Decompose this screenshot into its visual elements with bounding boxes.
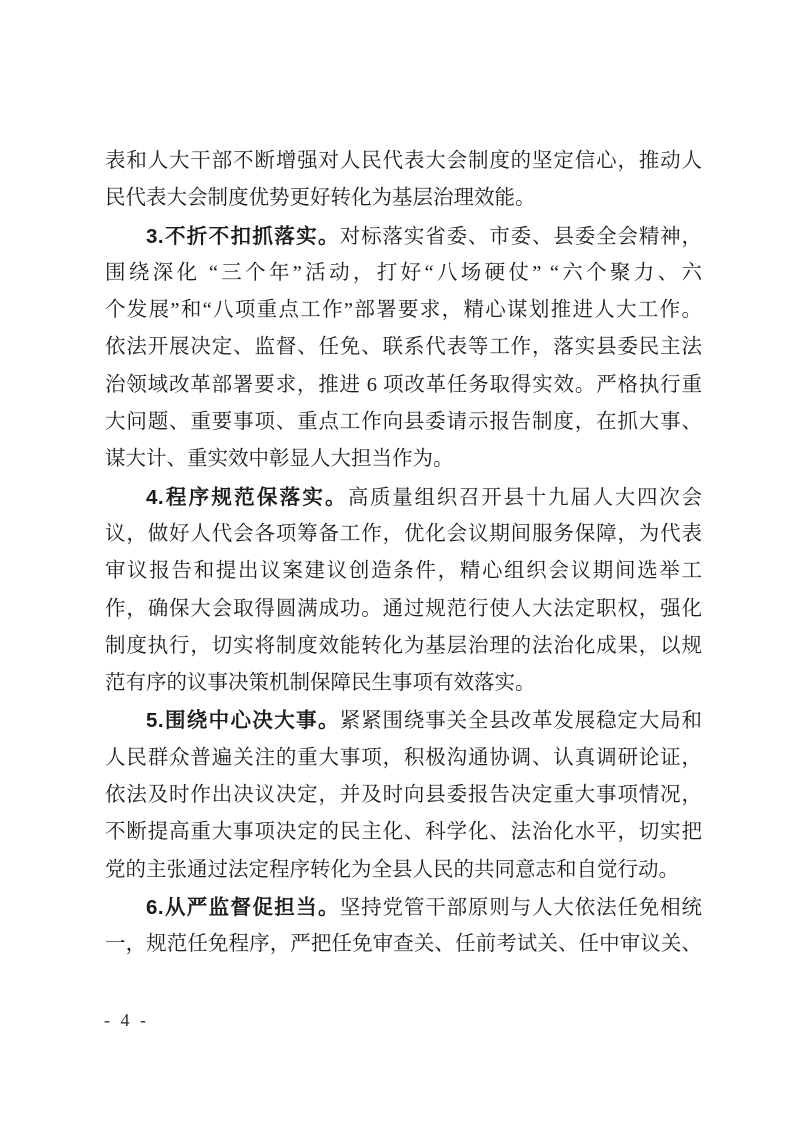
text-line: 一，规范任免程序，严把任免审查关、任前考试关、任中审议关、 — [105, 926, 702, 963]
text-line: 6.从严监督促担当。坚持党管干部原则与人大依法任免相统 — [105, 889, 702, 926]
text-line: 议，做好人代会各项筹备工作，优化会议期间服务保障，为代表 — [105, 516, 702, 553]
text-line: 依法开展决定、监督、任免、联系代表等工作，落实县委民主法 — [105, 329, 702, 366]
text-line: 依法及时作出决议决定，并及时向县委报告决定重大事项情况， — [105, 777, 702, 814]
paragraph-heading: 3.不折不扣抓落实。 — [146, 225, 340, 248]
text-line: 民代表大会制度优势更好转化为基层治理效能。 — [105, 180, 702, 217]
text-line: 3.不折不扣抓落实。对标落实省委、市委、县委全会精神， — [105, 218, 702, 255]
text-line: 谋大计、重实效中彰显人大担当作为。 — [105, 441, 702, 478]
paragraph-heading: 4.程序规范保落实。 — [146, 486, 348, 509]
text-line: 范有序的议事决策机制保障民生事项有效落实。 — [105, 665, 702, 702]
text-line: 不断提高重大事项决定的民主化、科学化、法治化水平，切实把 — [105, 814, 702, 851]
text-line: 围绕深化 “三个年”活动，打好“八场硬仗” “六个聚力、六 — [105, 255, 702, 292]
text-line: 大问题、重要事项、重点工作向县委请示报告制度，在抓大事、 — [105, 404, 702, 441]
text-line: 个发展”和“八项重点工作”部署要求，精心谋划推进人大工作。 — [105, 292, 702, 329]
text-line: 作，确保大会取得圆满成功。通过规范行使人大法定职权，强化 — [105, 591, 702, 628]
paragraph-heading: 5.围绕中心决大事。 — [146, 709, 340, 732]
text-line: 党的主张通过法定程序转化为全县人民的共同意志和自觉行动。 — [105, 852, 702, 889]
text-line: 治领域改革部署要求，推进 6 项改革任务取得实效。严格执行重 — [105, 367, 702, 404]
paragraph-4: 5.围绕中心决大事。紧紧围绕事关全县改革发展稳定大局和人民群众普遍关注的重大事项… — [105, 702, 702, 888]
page-number: - 4 - — [104, 1009, 149, 1031]
text-line: 5.围绕中心决大事。紧紧围绕事关全县改革发展稳定大局和 — [105, 702, 702, 739]
text-line: 表和人大干部不断增强对人民代表大会制度的坚定信心，推动人 — [105, 143, 702, 180]
paragraph-3: 4.程序规范保落实。高质量组织召开县十九届人大四次会议，做好人代会各项筹备工作，… — [105, 479, 702, 703]
document-content: 表和人大干部不断增强对人民代表大会制度的坚定信心，推动人民代表大会制度优势更好转… — [105, 143, 702, 964]
text-line: 审议报告和提出议案建议创造条件，精心组织会议期间选举工 — [105, 553, 702, 590]
text-line: 4.程序规范保落实。高质量组织召开县十九届人大四次会 — [105, 479, 702, 516]
text-line: 人民群众普遍关注的重大事项，积极沟通协调、认真调研论证， — [105, 740, 702, 777]
document-page: 表和人大干部不断增强对人民代表大会制度的坚定信心，推动人民代表大会制度优势更好转… — [0, 0, 793, 1122]
paragraph-5: 6.从严监督促担当。坚持党管干部原则与人大依法任免相统一，规范任免程序，严把任免… — [105, 889, 702, 964]
paragraph-1: 表和人大干部不断增强对人民代表大会制度的坚定信心，推动人民代表大会制度优势更好转… — [105, 143, 702, 218]
paragraph-heading: 6.从严监督促担当。 — [146, 896, 340, 919]
text-line: 制度执行，切实将制度效能转化为基层治理的法治化成果，以规 — [105, 628, 702, 665]
paragraph-2: 3.不折不扣抓落实。对标落实省委、市委、县委全会精神，围绕深化 “三个年”活动，… — [105, 218, 702, 479]
